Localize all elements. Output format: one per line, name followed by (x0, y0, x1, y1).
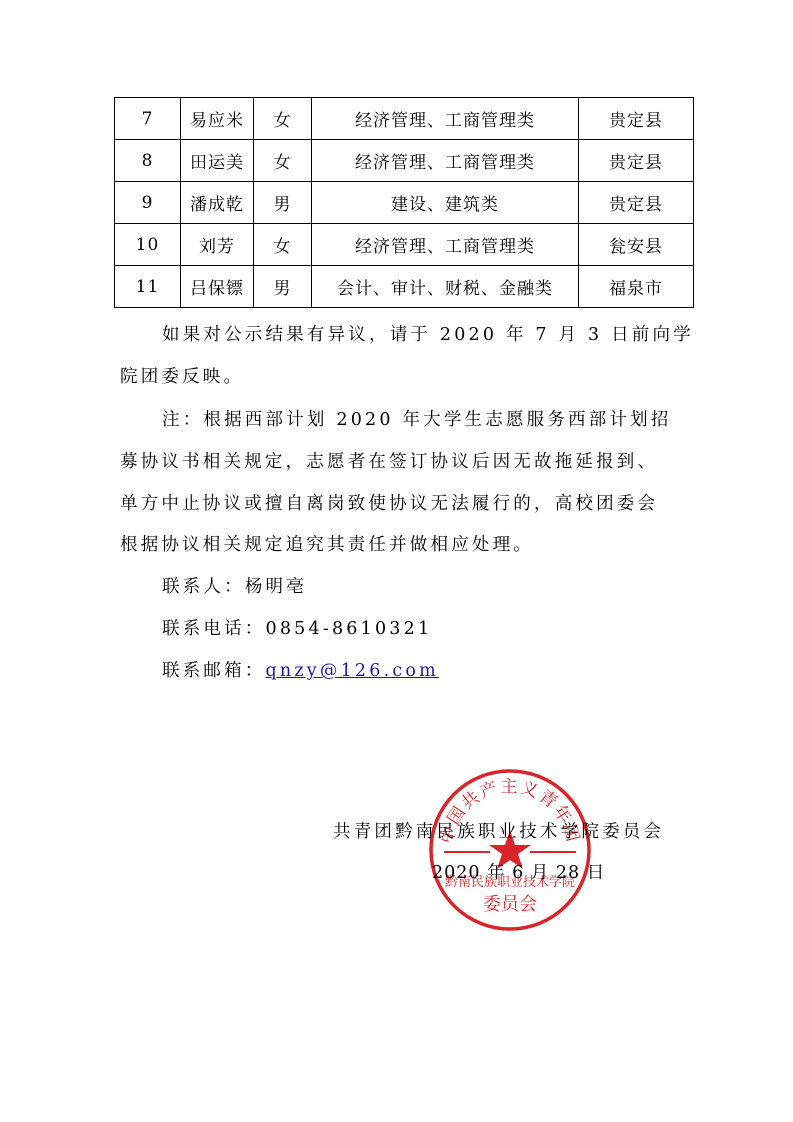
objection-paragraph-line1: 如果对公示结果有异议，请于 2020 年 7 月 3 日前向学 (162, 321, 694, 346)
cell-location: 贵定县 (579, 182, 694, 224)
cell-location: 贵定县 (579, 140, 694, 182)
contact-person: 联系人：杨明亳 (162, 573, 307, 598)
cell-no: 7 (115, 98, 181, 140)
contact-phone: 联系电话：0854-8610321 (162, 615, 432, 640)
cell-no: 10 (115, 224, 181, 266)
signature-date: 2020 年 6 月 28 日 (432, 859, 605, 884)
signature-org: 共青团黔南民族职业技术学院委员会 (333, 818, 664, 843)
contact-person-label: 联系人： (162, 577, 245, 597)
cell-no: 9 (115, 182, 181, 224)
contact-phone-number: 0854-8610321 (266, 619, 433, 639)
cell-major: 经济管理、工商管理类 (312, 140, 579, 182)
cell-gender: 女 (254, 224, 312, 266)
cell-location: 福泉市 (579, 266, 694, 308)
note-paragraph-line1: 注：根据西部计划 2020 年大学生志愿服务西部计划招 (162, 406, 672, 431)
cell-name: 潘成乾 (181, 182, 254, 224)
table-row: 9 潘成乾 男 建设、建筑类 贵定县 (115, 182, 694, 224)
contact-phone-label: 联系电话： (162, 619, 266, 639)
note-paragraph-line2: 募协议书相关规定，志愿者在签订协议后因无故拖延报到、 (120, 448, 658, 473)
candidate-table: 7 易应米 女 经济管理、工商管理类 贵定县 8 田运美 女 经济管理、工商管理… (114, 97, 694, 308)
table-row: 11 吕保镖 男 会计、审计、财税、金融类 福泉市 (115, 266, 694, 308)
svg-text:委员会: 委员会 (483, 894, 537, 915)
email-link[interactable]: qnzy@126.com (266, 661, 439, 681)
cell-location: 瓮安县 (579, 224, 694, 266)
cell-name: 吕保镖 (181, 266, 254, 308)
cell-gender: 男 (254, 182, 312, 224)
note-paragraph-line3: 单方中止协议或擅自离岗致使协议无法履行的，高校团委会 (120, 490, 658, 515)
cell-major: 经济管理、工商管理类 (312, 224, 579, 266)
cell-major: 建设、建筑类 (312, 182, 579, 224)
cell-no: 8 (115, 140, 181, 182)
cell-gender: 女 (254, 98, 312, 140)
table-row: 8 田运美 女 经济管理、工商管理类 贵定县 (115, 140, 694, 182)
cell-no: 11 (115, 266, 181, 308)
cell-name: 刘芳 (181, 224, 254, 266)
cell-location: 贵定县 (579, 98, 694, 140)
contact-email: 联系邮箱：qnzy@126.com (162, 657, 439, 682)
cell-gender: 男 (254, 266, 312, 308)
contact-person-name: 杨明亳 (245, 577, 307, 597)
cell-name: 易应米 (181, 98, 254, 140)
official-seal-icon: 中国共产主义青年团 黔南民族职业技术学院 委员会 (428, 768, 592, 932)
cell-major: 会计、审计、财税、金融类 (312, 266, 579, 308)
cell-major: 经济管理、工商管理类 (312, 98, 579, 140)
table-row: 10 刘芳 女 经济管理、工商管理类 瓮安县 (115, 224, 694, 266)
cell-gender: 女 (254, 140, 312, 182)
table-row: 7 易应米 女 经济管理、工商管理类 贵定县 (115, 98, 694, 140)
note-paragraph-line4: 根据协议相关规定追究其责任并做相应处理。 (120, 531, 534, 556)
objection-paragraph-line2: 院团委反映。 (120, 363, 244, 388)
contact-email-label: 联系邮箱： (162, 661, 266, 681)
cell-name: 田运美 (181, 140, 254, 182)
